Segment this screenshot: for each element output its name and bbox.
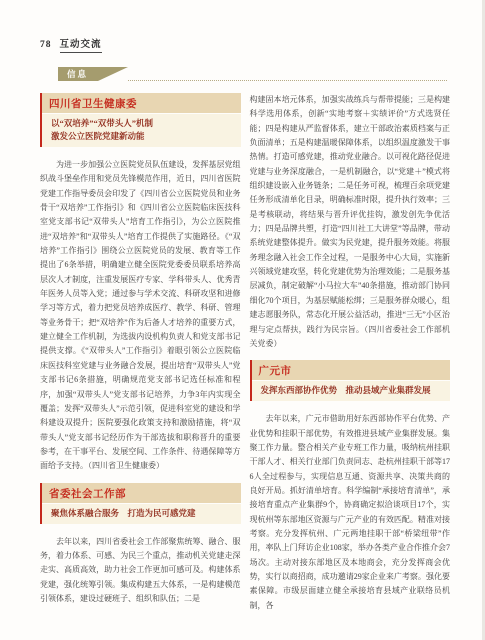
section-subtitle: 发挥东西部协作优势 推动县域产业集群发展 <box>252 381 451 401</box>
info-tab-row: 信息 <box>58 67 447 81</box>
tab-rule-line <box>128 80 447 81</box>
subtitle-line: 激发公立医院党建新动能 <box>51 130 234 143</box>
section-org-title: 四川省卫生健康委 <box>42 93 241 113</box>
column-title: 互动交流 <box>60 40 102 53</box>
section-subtitle: 以“双培养”“双带头人”机制 激发公立医院党建新动能 <box>42 114 241 147</box>
section-social-work-body-start: 去年以来，四川省委社会工作部聚焦统筹、融合、服务，着力体系、可感、为民三个重点，… <box>40 535 241 607</box>
subtitle-line: 发挥东西部协作优势 推动县域产业集群发展 <box>261 384 444 397</box>
section-health-commission-body: 为进一步加强公立医院党员队伍建设，发挥基层党组织战斗堡垒作用和党员先锋模范作用，… <box>40 158 241 474</box>
page-number: 78 <box>40 40 52 50</box>
left-column: 四川省卫生健康委 以“双培养”“双带头人”机制 激发公立医院党建新动能 为进一步… <box>40 93 241 622</box>
right-column: 构建固本培元体系，加强实战练兵与帮带提能；三是构建科学选用体系，创新“实地考察＋… <box>250 93 451 622</box>
section-guangyuan-city: 广元市 发挥东西部协作优势 推动县域产业集群发展 <box>250 360 451 401</box>
section-guangyuan-body: 去年以来，广元市借助用好东西部协作平台优势、产业优势和挂职干部优势，有效推进县域… <box>250 412 451 613</box>
section-org-title: 省委社会工作部 <box>42 483 241 503</box>
info-tab: 信息 <box>58 67 98 81</box>
section-social-work-dept: 省委社会工作部 聚焦体系融合服务 打造为民可感党建 <box>40 483 241 524</box>
section-subtitle: 聚焦体系融合服务 打造为民可感党建 <box>42 504 241 524</box>
two-column-layout: 四川省卫生健康委 以“双培养”“双带头人”机制 激发公立医院党建新动能 为进一步… <box>40 93 450 622</box>
page-header: 78互动交流 <box>40 36 102 50</box>
section-social-work-body-end: 构建固本培元体系，加强实战练兵与帮带提能；三是构建科学选用体系，创新“实地考察＋… <box>250 93 451 351</box>
magazine-page: 78互动交流 信息 四川省卫生健康委 以“双培养”“双带头人”机制 激发公立医院… <box>0 0 485 640</box>
section-org-title: 广元市 <box>252 360 451 380</box>
tab-tail-swoosh <box>98 67 128 81</box>
subtitle-line: 聚焦体系融合服务 打造为民可感党建 <box>51 507 234 520</box>
subtitle-line: 以“双培养”“双带头人”机制 <box>51 117 234 130</box>
section-health-commission: 四川省卫生健康委 以“双培养”“双带头人”机制 激发公立医院党建新动能 <box>40 93 241 147</box>
